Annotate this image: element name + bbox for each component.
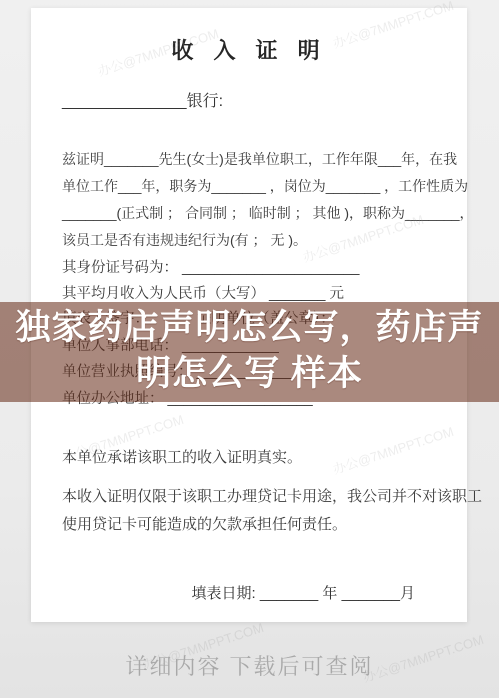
document-title: 收 入 证 明 — [31, 34, 467, 65]
bank-blank-line: ______________银行: — [62, 88, 223, 111]
certify-paragraph: 兹证明_______先生(女士)是我单位职工，工作年限___年，在我 单位工作_… — [62, 146, 474, 254]
certify-paragraph-line: 兹证明_______先生(女士)是我单位职工，工作年限___年，在我 — [62, 146, 474, 173]
usage-restriction-paragraph: 本收入证明仅限于该职工办理贷记卡用途，我公司并不对该职工 使用贷记卡可能造成的欠… — [62, 483, 482, 538]
usage-restriction-line: 使用贷记卡可能造成的欠款承担任何责任。 — [62, 511, 482, 539]
usage-restriction-line: 本收入证明仅限于该职工办理贷记卡用途，我公司并不对该职工 — [62, 483, 482, 511]
certify-paragraph-line: 单位工作___年，职务为_______ ，岗位为_______ ，工作性质为 — [62, 173, 474, 200]
image-stage: 办公@7MMPPT.COM 办公@7MMPPT.COM 办公@7MMPPT.CO… — [0, 0, 499, 698]
download-hint-text: 详细内容 下载后可查阅 — [0, 650, 499, 681]
certify-paragraph-line: _______(正式制 ； 合同制 ； 临时制 ； 其他 )，职称为______… — [62, 200, 474, 227]
article-title-line: 独家药店声明怎么写，药店声 — [0, 305, 499, 351]
monthly-income-line: 其平均月收入为人民币（大写） _______ 元 — [62, 282, 344, 303]
article-title-banner: 独家药店声明怎么写，药店声 明怎么写 样本 — [0, 302, 499, 402]
truthfulness-promise-line: 本单位承诺该职工的收入证明真实。 — [62, 446, 302, 467]
fill-date-line: 填表日期: _______ 年 _______月 — [192, 582, 415, 603]
id-number-line: 其身份证号码为： ______________________ — [62, 256, 359, 277]
certify-paragraph-line: 该员工是否有违规违纪行为(有 ； 无 )。 — [62, 227, 474, 254]
article-title-line: 明怎么写 样本 — [0, 351, 499, 397]
